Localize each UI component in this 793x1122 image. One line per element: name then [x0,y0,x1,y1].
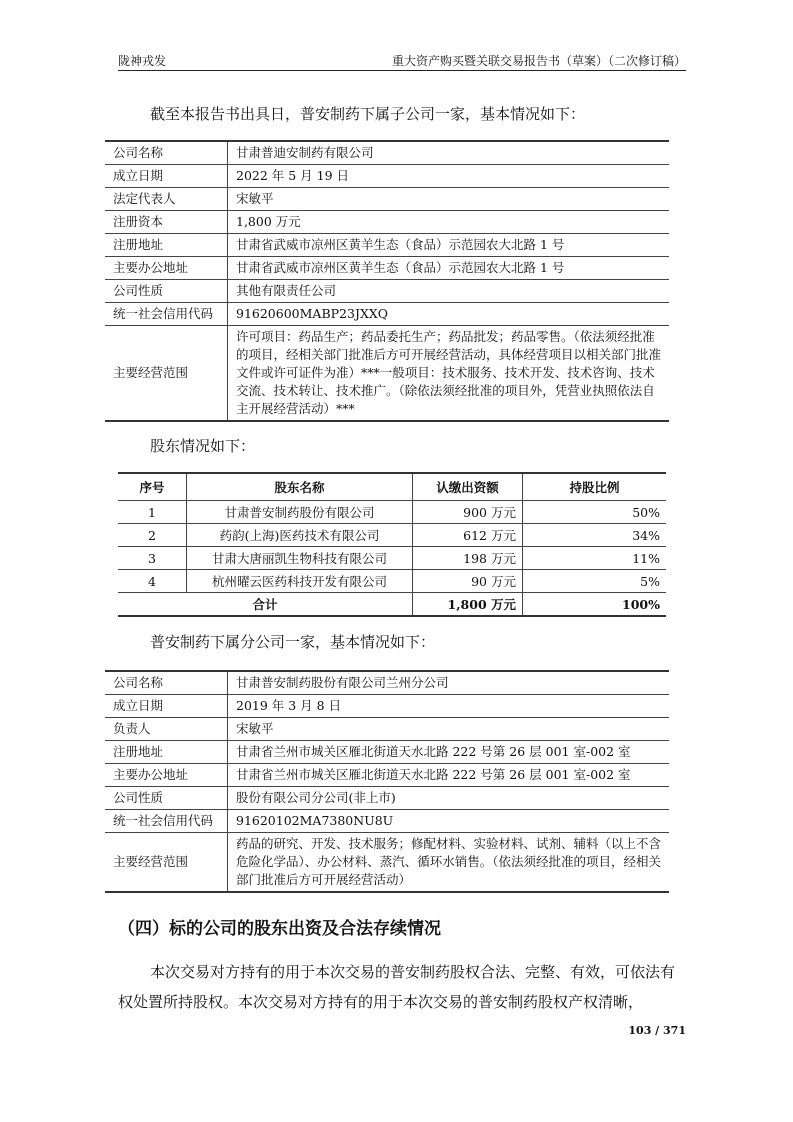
table-row: 公司名称甘肃普安制药股份有限公司兰州分公司 [105,671,669,695]
table-row: 成立日期2019 年 3 月 8 日 [105,695,669,718]
subsidiary-table: 公司名称甘肃普迪安制药有限公司成立日期2022 年 5 月 19 日法定代表人宋… [105,140,669,422]
branch-table: 公司名称甘肃普安制药股份有限公司兰州分公司成立日期2019 年 3 月 8 日负… [105,670,669,893]
table-row: 3甘肃大唐丽凯生物科技有限公司198 万元11% [118,547,666,570]
total-row: 合计1,800 万元100% [118,593,666,617]
table-row: 统一社会信用代码91620600MABP23JXXQ [105,303,669,326]
field-value: 91620102MA7380NU8U [228,810,670,833]
total-amount: 1,800 万元 [413,593,523,617]
cell-no: 1 [118,501,187,524]
intro-subsidiary: 截至本报告书出具日，普安制药下属子公司一家，基本情况如下： [118,104,686,124]
header-doc-title: 重大资产购买暨关联交易报告书（草案）（二次修订稿） [392,52,686,69]
table-row: 主要办公地址甘肃省武威市凉州区黄羊生态（食品）示范园农大北路 1 号 [105,257,669,280]
field-value: 宋敏平 [228,718,670,741]
cell-pct: 50% [523,501,667,524]
cell-pct: 5% [523,570,667,593]
field-label: 注册资本 [105,211,228,234]
cell-amount: 900 万元 [413,501,523,524]
field-label: 统一社会信用代码 [105,810,228,833]
field-value: 甘肃省武威市凉州区黄羊生态（食品）示范园农大北路 1 号 [228,234,670,257]
col-header-no: 序号 [118,473,187,501]
field-value: 2022 年 5 月 19 日 [228,165,670,188]
cell-name: 甘肃大唐丽凯生物科技有限公司 [187,547,413,570]
section-body: 本次交易对方持有的用于本次交易的普安制药股权合法、完整、有效，可依法有权处置所持… [118,957,686,1017]
field-value: 其他有限责任公司 [228,280,670,303]
field-label: 负责人 [105,718,228,741]
field-label: 注册地址 [105,741,228,764]
table-row: 主要经营范围许可项目：药品生产；药品委托生产；药品批发；药品零售。（依法须经批准… [105,326,669,422]
col-header-name: 股东名称 [187,473,413,501]
cell-name: 杭州曜云医药科技开发有限公司 [187,570,413,593]
field-value: 甘肃普安制药股份有限公司兰州分公司 [228,671,670,695]
intro-branch: 普安制药下属分公司一家，基本情况如下： [118,632,686,652]
table-row: 2药韵(上海)医药技术有限公司612 万元34% [118,524,666,547]
field-label: 主要经营范围 [105,326,228,422]
cell-no: 3 [118,547,187,570]
field-label: 成立日期 [105,165,228,188]
table-row: 1甘肃普安制药股份有限公司900 万元50% [118,501,666,524]
total-label: 合计 [118,593,413,617]
field-label: 主要经营范围 [105,833,228,893]
field-value: 宋敏平 [228,188,670,211]
field-value: 股份有限公司分公司(非上市) [228,787,670,810]
field-value: 91620600MABP23JXXQ [228,303,670,326]
cell-amount: 612 万元 [413,524,523,547]
cell-pct: 11% [523,547,667,570]
field-label: 公司性质 [105,787,228,810]
cell-pct: 34% [523,524,667,547]
field-value: 许可项目：药品生产；药品委托生产；药品批发；药品零售。（依法须经批准的项目，经相… [228,326,670,422]
field-value: 甘肃普迪安制药有限公司 [228,141,670,165]
cell-no: 4 [118,570,187,593]
table-row: 成立日期2022 年 5 月 19 日 [105,165,669,188]
table-row: 注册资本1,800 万元 [105,211,669,234]
cell-name: 甘肃普安制药股份有限公司 [187,501,413,524]
field-label: 公司性质 [105,280,228,303]
col-header-pct: 持股比例 [523,473,667,501]
table-row: 法定代表人宋敏平 [105,188,669,211]
field-label: 主要办公地址 [105,764,228,787]
field-value: 药品的研究、开发、技术服务；修配材料、实验材料、试剂、辅料（以上不含危险化学品）… [228,833,670,893]
field-label: 公司名称 [105,141,228,165]
field-label: 成立日期 [105,695,228,718]
page-header: 陇神戎发 重大资产购买暨关联交易报告书（草案）（二次修订稿） [118,50,686,71]
field-label: 注册地址 [105,234,228,257]
cell-amount: 198 万元 [413,547,523,570]
table-row: 注册地址甘肃省兰州市城关区雁北街道天水北路 222 号第 26 层 001 室-… [105,741,669,764]
field-label: 统一社会信用代码 [105,303,228,326]
field-label: 主要办公地址 [105,257,228,280]
total-pct: 100% [523,593,667,617]
table-row: 公司性质股份有限公司分公司(非上市) [105,787,669,810]
table-row: 负责人宋敏平 [105,718,669,741]
table-row: 4杭州曜云医药科技开发有限公司90 万元5% [118,570,666,593]
col-header-amount: 认缴出资额 [413,473,523,501]
cell-name: 药韵(上海)医药技术有限公司 [187,524,413,547]
intro-shareholders: 股东情况如下： [118,436,686,456]
field-value: 2019 年 3 月 8 日 [228,695,670,718]
table-row: 注册地址甘肃省武威市凉州区黄羊生态（食品）示范园农大北路 1 号 [105,234,669,257]
table-row: 主要经营范围药品的研究、开发、技术服务；修配材料、实验材料、试剂、辅料（以上不含… [105,833,669,893]
page-number: 103 / 371 [628,1024,686,1037]
table-row: 主要办公地址甘肃省兰州市城关区雁北街道天水北路 222 号第 26 层 001 … [105,764,669,787]
table-row: 公司名称甘肃普迪安制药有限公司 [105,141,669,165]
field-value: 甘肃省兰州市城关区雁北街道天水北路 222 号第 26 层 001 室-002 … [228,741,670,764]
section-heading: （四）标的公司的股东出资及合法存续情况 [118,914,441,939]
table-row: 统一社会信用代码91620102MA7380NU8U [105,810,669,833]
table-row: 公司性质其他有限责任公司 [105,280,669,303]
header-company: 陇神戎发 [118,52,166,69]
field-value: 甘肃省兰州市城关区雁北街道天水北路 222 号第 26 层 001 室-002 … [228,764,670,787]
cell-no: 2 [118,524,187,547]
field-label: 法定代表人 [105,188,228,211]
field-value: 甘肃省武威市凉州区黄羊生态（食品）示范园农大北路 1 号 [228,257,670,280]
cell-amount: 90 万元 [413,570,523,593]
shareholders-table: 序号 股东名称 认缴出资额 持股比例 1甘肃普安制药股份有限公司900 万元50… [118,472,666,617]
field-value: 1,800 万元 [228,211,670,234]
field-label: 公司名称 [105,671,228,695]
